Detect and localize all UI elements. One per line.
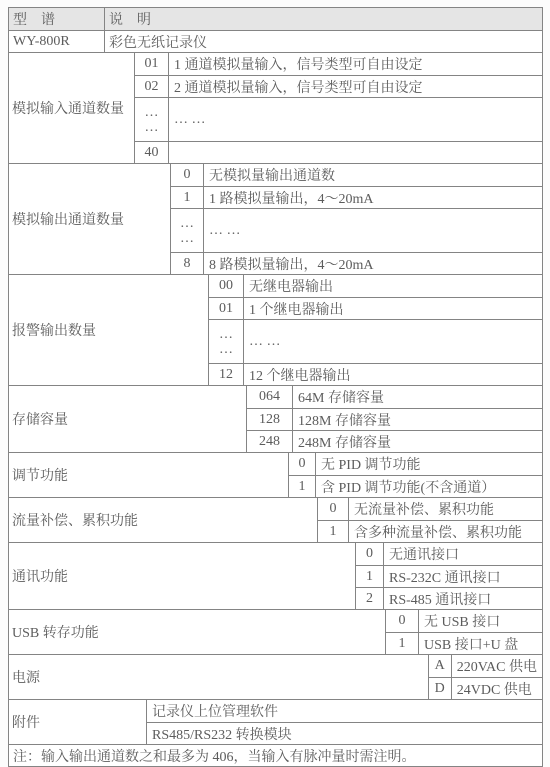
header-model-column: 型 谱 — [9, 8, 104, 30]
option-desc: 含多种流量补偿、累积功能 — [349, 521, 542, 542]
option-row: 40 — [134, 141, 542, 163]
option-code: 0 — [288, 453, 316, 475]
ellipsis: … — [180, 231, 194, 246]
option-row: 0 无 PID 调节功能 — [288, 453, 542, 475]
option-row: 01 1 通道模拟量输入，信号类型可自由设定 — [134, 53, 542, 75]
section-accessories: 附件 记录仪上位管理软件 RS485/RS232 转换模块 — [9, 699, 542, 744]
option-row: 0 无流量补偿、累积功能 — [317, 498, 542, 520]
section-label: 流量补偿、累积功能 — [9, 498, 317, 542]
option-desc: 128M 存储容量 — [293, 409, 542, 430]
model-name: 彩色无纸记录仪 — [104, 31, 542, 52]
option-desc: 含 PID 调节功能(不含通道） — [316, 476, 542, 497]
option-row: 02 2 通道模拟量输入，信号类型可自由设定 — [134, 75, 542, 97]
section-label: 模拟输入通道数量 — [9, 53, 134, 163]
section-label: USB 转存功能 — [9, 610, 385, 654]
section-pid: 调节功能 0 无 PID 调节功能 1 含 PID 调节功能(不含通道） — [9, 452, 542, 497]
option-row: 00 无继电器输出 — [208, 275, 542, 297]
option-code: 1 — [317, 521, 349, 542]
section-label: 报警输出数量 — [9, 275, 208, 385]
option-desc: 无通讯接口 — [384, 543, 542, 565]
option-row-ellipsis: … … … … — [134, 97, 542, 141]
option-row: 0 无通讯接口 — [355, 543, 542, 565]
option-row: 8 8 路模拟量输出，4～20mA — [170, 252, 542, 274]
option-row: D 24VDC 供电 — [428, 677, 542, 699]
option-row: 0 无模拟量输出通道数 — [170, 164, 542, 186]
option-code: … … — [208, 320, 244, 363]
option-code: 1 — [385, 633, 419, 654]
option-code: … … — [170, 209, 204, 252]
ellipsis: … — [219, 327, 233, 342]
option-code: 2 — [355, 588, 384, 609]
option-code: 8 — [170, 253, 204, 274]
model-code: WY-800R — [9, 31, 104, 52]
option-row: 2 RS-485 通讯接口 — [355, 587, 542, 609]
section-communication: 通讯功能 0 无通讯接口 1 RS-232C 通讯接口 2 RS-485 通讯接… — [9, 542, 542, 609]
section-power: 电源 A 220VAC 供电 D 24VDC 供电 — [9, 654, 542, 699]
option-desc: RS-232C 通讯接口 — [384, 566, 542, 587]
option-desc: 1 个继电器输出 — [244, 298, 542, 319]
option-desc: 无继电器输出 — [244, 275, 542, 297]
option-desc: 1 通道模拟量输入，信号类型可自由设定 — [169, 53, 542, 75]
option-desc: 24VDC 供电 — [452, 678, 542, 699]
option-row: A 220VAC 供电 — [428, 655, 542, 677]
option-desc: RS-485 通讯接口 — [384, 588, 542, 609]
footnote: 注：输入输出通道数之和最多为 406，当输入有脉冲量时需注明。 — [9, 744, 542, 766]
accessory-item: 记录仪上位管理软件 — [147, 700, 542, 722]
option-desc: 8 路模拟量输出，4～20mA — [204, 253, 542, 274]
option-code: 40 — [134, 142, 169, 163]
option-desc: USB 接口+U 盘 — [419, 633, 542, 654]
header-desc-column: 说 明 — [104, 8, 542, 30]
option-row: 128 128M 存储容量 — [246, 408, 542, 430]
option-row: 12 12 个继电器输出 — [208, 363, 542, 385]
section-label: 模拟输出通道数量 — [9, 164, 170, 274]
section-storage: 存储容量 064 64M 存储容量 128 128M 存储容量 248 248M… — [9, 385, 542, 452]
section-label: 调节功能 — [9, 453, 288, 497]
option-row: 1 1 路模拟量输出，4～20mA — [170, 186, 542, 208]
option-row: 1 USB 接口+U 盘 — [385, 632, 542, 654]
section-alarm-output: 报警输出数量 00 无继电器输出 01 1 个继电器输出 … … … … 12 … — [9, 274, 542, 385]
option-desc: 无 USB 接口 — [419, 610, 542, 632]
option-code: 1 — [355, 566, 384, 587]
option-desc: 1 路模拟量输出，4～20mA — [204, 187, 542, 208]
option-desc: … … — [169, 98, 542, 141]
option-row: 1 含多种流量补偿、累积功能 — [317, 520, 542, 542]
option-row-ellipsis: … … … … — [208, 319, 542, 363]
section-label: 电源 — [9, 655, 428, 699]
accessories-label: 附件 — [9, 700, 146, 744]
option-row: 064 64M 存储容量 — [246, 386, 542, 408]
option-code: 12 — [208, 364, 244, 385]
ellipsis: … — [145, 120, 159, 135]
option-desc: 2 通道模拟量输入，信号类型可自由设定 — [169, 76, 542, 97]
option-code: 128 — [246, 409, 293, 430]
option-desc: 64M 存储容量 — [293, 386, 542, 408]
ellipsis: … — [219, 342, 233, 357]
option-code: 0 — [385, 610, 419, 632]
option-code: 248 — [246, 431, 293, 452]
option-code: 064 — [246, 386, 293, 408]
section-usb: USB 转存功能 0 无 USB 接口 1 USB 接口+U 盘 — [9, 609, 542, 654]
option-code: D — [428, 678, 452, 699]
section-flow-compensation: 流量补偿、累积功能 0 无流量补偿、累积功能 1 含多种流量补偿、累积功能 — [9, 497, 542, 542]
option-desc: 12 个继电器输出 — [244, 364, 542, 385]
option-row: 248 248M 存储容量 — [246, 430, 542, 452]
option-row: 0 无 USB 接口 — [385, 610, 542, 632]
option-code: 00 — [208, 275, 244, 297]
table-header-row: 型 谱 说 明 — [9, 8, 542, 30]
option-code: 0 — [317, 498, 349, 520]
section-analog-input: 模拟输入通道数量 01 1 通道模拟量输入，信号类型可自由设定 02 2 通道模… — [9, 52, 542, 163]
option-desc: 无 PID 调节功能 — [316, 453, 542, 475]
option-row: 1 RS-232C 通讯接口 — [355, 565, 542, 587]
option-code: 02 — [134, 76, 169, 97]
option-desc: … … — [244, 320, 542, 363]
option-code: 01 — [134, 53, 169, 75]
ellipsis: … — [145, 105, 159, 120]
option-code: … … — [134, 98, 169, 141]
option-code: 0 — [170, 164, 204, 186]
option-row: 1 含 PID 调节功能(不含通道） — [288, 475, 542, 497]
option-desc: 248M 存储容量 — [293, 431, 542, 452]
option-desc: 220VAC 供电 — [452, 655, 542, 677]
model-spec-table: 型 谱 说 明 WY-800R 彩色无纸记录仪 模拟输入通道数量 01 1 通道… — [8, 7, 543, 767]
option-code: 0 — [355, 543, 384, 565]
option-desc: 无模拟量输出通道数 — [204, 164, 542, 186]
option-code: 1 — [288, 476, 316, 497]
option-code: A — [428, 655, 452, 677]
accessory-item: RS485/RS232 转换模块 — [147, 722, 542, 744]
section-label: 通讯功能 — [9, 543, 355, 609]
option-desc — [169, 142, 542, 163]
option-row-ellipsis: … … … … — [170, 208, 542, 252]
option-code: 1 — [170, 187, 204, 208]
ellipsis: … — [180, 216, 194, 231]
option-desc: 无流量补偿、累积功能 — [349, 498, 542, 520]
model-row: WY-800R 彩色无纸记录仪 — [9, 30, 542, 52]
option-desc: … … — [204, 209, 542, 252]
section-label: 存储容量 — [9, 386, 246, 452]
option-code: 01 — [208, 298, 244, 319]
option-row: 01 1 个继电器输出 — [208, 297, 542, 319]
section-analog-output: 模拟输出通道数量 0 无模拟量输出通道数 1 1 路模拟量输出，4～20mA …… — [9, 163, 542, 274]
